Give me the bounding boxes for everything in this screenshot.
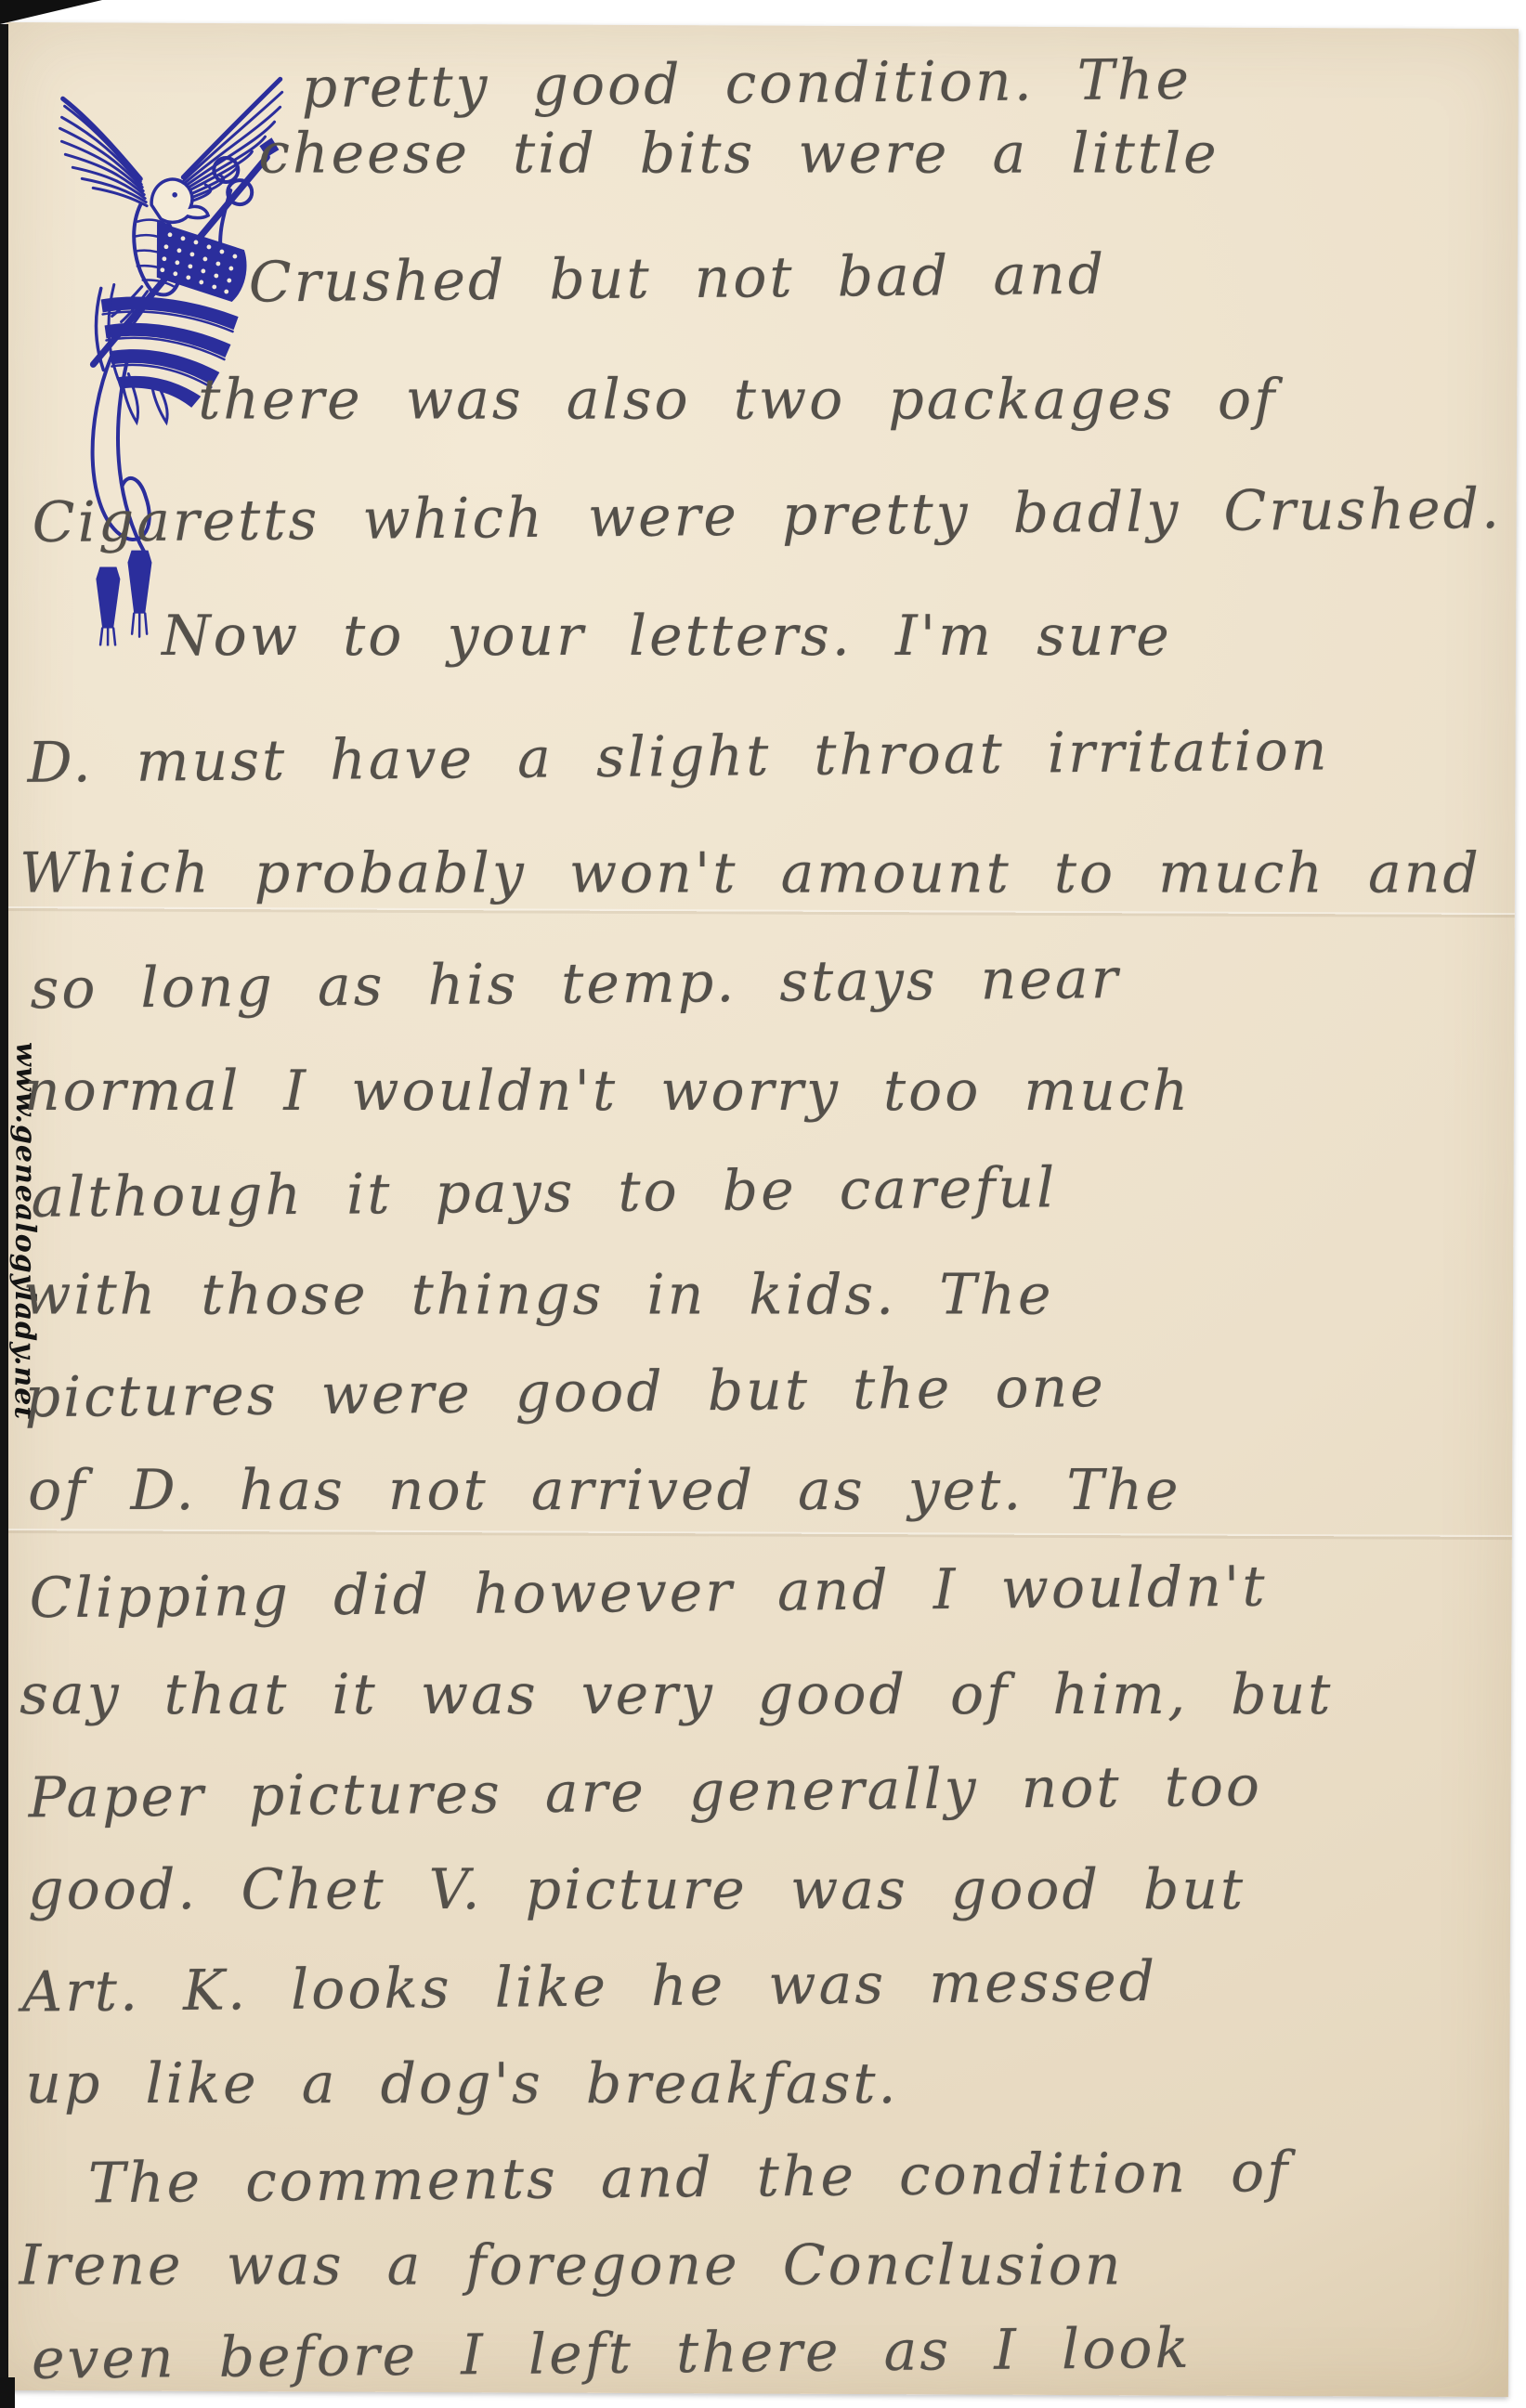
letter-line: D. must have a slight throat irritation <box>27 720 1330 793</box>
scan-corner-artifact-bottom <box>0 2377 15 2408</box>
letter-line: cheese tid bits were a little <box>258 123 1219 184</box>
scan-corner-artifact <box>0 0 102 24</box>
letter-line: Paper pictures are generally not too <box>28 1756 1262 1829</box>
letter-line: Irene was a foregone Conclusion <box>19 2235 1123 2297</box>
letter-line: Art. K. looks like he was messed <box>21 1951 1157 2024</box>
letter-line: say that it was very good of him, but <box>20 1664 1333 1725</box>
letter-line: Cigaretts which were pretty badly Crushe… <box>32 478 1502 553</box>
letter-line: Which probably won't amount to much and <box>20 843 1481 905</box>
letter-line: The comments and the condition of <box>88 2141 1291 2214</box>
letter-line: Clipping did however and I wouldn't <box>29 1556 1267 1630</box>
letter-line: there was also two packages of <box>198 369 1277 430</box>
letter-line: good. Chet V. picture was good but <box>28 1859 1246 1920</box>
letter-line: up like a dog's breakfast. <box>25 2053 898 2115</box>
letter-line: Crushed but not bad and <box>249 244 1107 314</box>
letter-line: Now to your letters. I'm sure <box>162 605 1172 667</box>
letter-line: with those things in kids. The <box>23 1265 1053 1326</box>
scanned-letter-page: www.genealogylady.net pretty good condit… <box>0 0 1526 2408</box>
letter-body: pretty good condition. Thecheese tid bit… <box>0 22 1519 2397</box>
scan-edge-left-strip <box>0 24 8 2377</box>
letter-line: of D. has not arrived as yet. The <box>28 1460 1180 1521</box>
letter-line: although it pays to be careful <box>31 1157 1057 1229</box>
letter-line: pictures were good but the one <box>24 1357 1106 1428</box>
letter-line: normal I wouldn't worry too much <box>24 1061 1191 1122</box>
letter-line: so long as his temp. stays near <box>30 948 1120 1020</box>
letter-paper: www.genealogylady.net pretty good condit… <box>0 22 1519 2397</box>
letter-line: even before I left there as I look <box>32 2318 1192 2390</box>
letter-line: pretty good condition. The <box>301 49 1192 119</box>
